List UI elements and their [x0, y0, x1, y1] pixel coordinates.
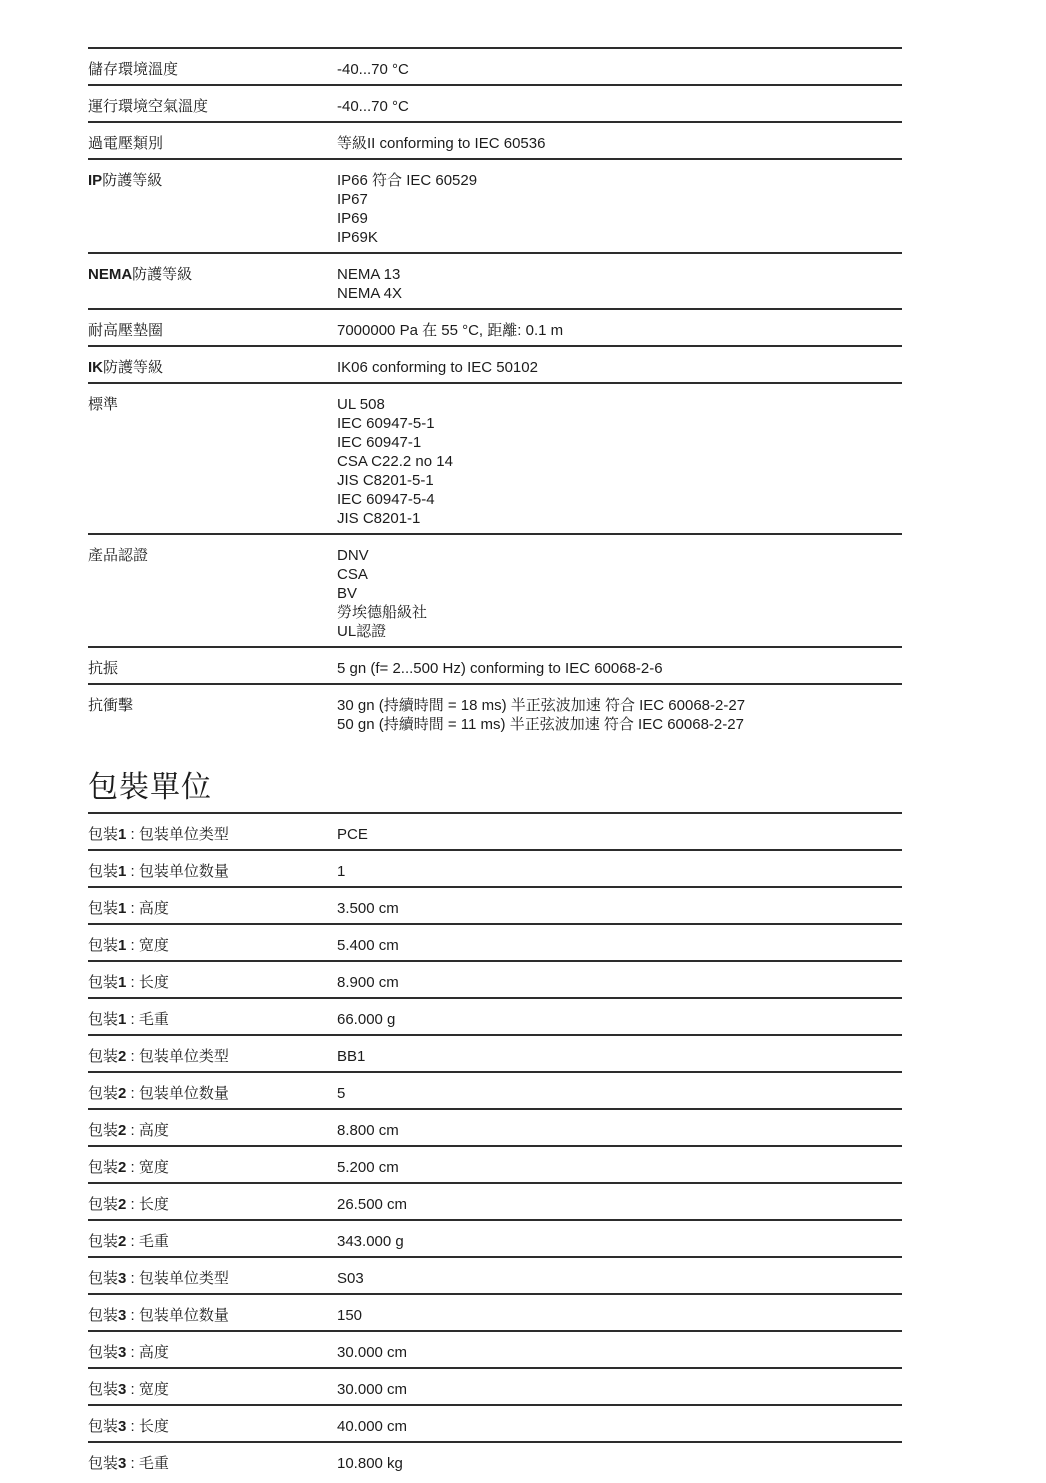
- spec-row-value: 30 gn (持續時間 = 18 ms) 半正弦波加速 符合 IEC 60068…: [337, 696, 902, 734]
- datasheet-page: 儲存環境溫度-40...70 °C運行環境空氣溫度-40...70 °C過電壓類…: [88, 0, 902, 1478]
- spec-value-line: IP67: [337, 190, 902, 209]
- spec-row: 包装1 : 毛重66.000 g: [88, 999, 902, 1036]
- spec-value-line: 5: [337, 1084, 902, 1103]
- spec-value-line: IP66 符合 IEC 60529: [337, 171, 902, 190]
- spec-row-label: 包装2 : 毛重: [88, 1232, 337, 1251]
- spec-row-label: 包装2 : 宽度: [88, 1158, 337, 1177]
- spec-value-line: UL認證: [337, 622, 902, 641]
- spec-row: 標準UL 508IEC 60947-5-1IEC 60947-1CSA C22.…: [88, 384, 902, 535]
- spec-row: 產品認證DNVCSABV勞埃德船級社UL認證: [88, 535, 902, 648]
- spec-row-value: 150: [337, 1306, 902, 1325]
- spec-row-label: 產品認證: [88, 546, 337, 565]
- spec-value-line: 等級II conforming to IEC 60536: [337, 134, 902, 153]
- spec-row-value: 5: [337, 1084, 902, 1103]
- spec-value-line: BB1: [337, 1047, 902, 1066]
- spec-value-line: 3.500 cm: [337, 899, 902, 918]
- spec-row: NEMA防護等級NEMA 13NEMA 4X: [88, 254, 902, 310]
- spec-value-line: NEMA 4X: [337, 284, 902, 303]
- spec-value-line: 8.800 cm: [337, 1121, 902, 1140]
- spec-row: 包装2 : 毛重343.000 g: [88, 1221, 902, 1258]
- spec-value-line: 7000000 Pa 在 55 °C, 距離: 0.1 m: [337, 321, 902, 340]
- spec-value-line: 8.900 cm: [337, 973, 902, 992]
- packaging-spec-table: 包装1 : 包装单位类型PCE包装1 : 包装单位数量1包装1 : 高度3.50…: [88, 812, 902, 1478]
- spec-row-value: 5 gn (f= 2...500 Hz) conforming to IEC 6…: [337, 659, 902, 678]
- spec-row-value: BB1: [337, 1047, 902, 1066]
- spec-value-line: 50 gn (持續時間 = 11 ms) 半正弦波加速 符合 IEC 60068…: [337, 715, 902, 734]
- spec-row-label: 包装2 : 长度: [88, 1195, 337, 1214]
- spec-value-line: IEC 60947-1: [337, 433, 902, 452]
- spec-row-value: 5.400 cm: [337, 936, 902, 955]
- spec-row: 包装2 : 高度8.800 cm: [88, 1110, 902, 1147]
- spec-row-value: 7000000 Pa 在 55 °C, 距離: 0.1 m: [337, 321, 902, 340]
- spec-row-label: IP防護等級: [88, 171, 337, 190]
- spec-row-value: S03: [337, 1269, 902, 1288]
- spec-row: 包装1 : 包装单位数量1: [88, 851, 902, 888]
- spec-row-label: 包装3 : 高度: [88, 1343, 337, 1362]
- spec-value-line: 5.400 cm: [337, 936, 902, 955]
- spec-row: IP防護等級IP66 符合 IEC 60529IP67IP69IP69K: [88, 160, 902, 254]
- spec-row: 包装3 : 长度40.000 cm: [88, 1406, 902, 1443]
- spec-row-label: 包装1 : 包装单位数量: [88, 862, 337, 881]
- spec-value-line: 30.000 cm: [337, 1343, 902, 1362]
- spec-row-label: 包装1 : 长度: [88, 973, 337, 992]
- spec-row-label: 包装2 : 高度: [88, 1121, 337, 1140]
- spec-row: 包装2 : 包装单位类型BB1: [88, 1036, 902, 1073]
- spec-value-line: CSA: [337, 565, 902, 584]
- spec-value-line: CSA C22.2 no 14: [337, 452, 902, 471]
- spec-row-label: 包装3 : 长度: [88, 1417, 337, 1436]
- spec-row-value: -40...70 °C: [337, 97, 902, 116]
- spec-value-line: 26.500 cm: [337, 1195, 902, 1214]
- spec-row-label: 抗振: [88, 659, 337, 678]
- spec-value-line: JIS C8201-5-1: [337, 471, 902, 490]
- spec-row: 抗衝擊30 gn (持續時間 = 18 ms) 半正弦波加速 符合 IEC 60…: [88, 685, 902, 739]
- packaging-section-heading: 包裝單位: [88, 769, 902, 807]
- spec-row-value: 10.800 kg: [337, 1454, 902, 1473]
- spec-value-line: 10.800 kg: [337, 1454, 902, 1473]
- spec-row-label: 包装3 : 宽度: [88, 1380, 337, 1399]
- spec-value-line: IEC 60947-5-4: [337, 490, 902, 509]
- spec-row: 包装2 : 包装单位数量5: [88, 1073, 902, 1110]
- spec-row-value: 343.000 g: [337, 1232, 902, 1251]
- spec-row-label: 包装3 : 包装单位数量: [88, 1306, 337, 1325]
- spec-value-line: 30 gn (持續時間 = 18 ms) 半正弦波加速 符合 IEC 60068…: [337, 696, 902, 715]
- spec-row-value: -40...70 °C: [337, 60, 902, 79]
- spec-row-label: 包装1 : 包装单位类型: [88, 825, 337, 844]
- spec-row-label: 抗衝擊: [88, 696, 337, 715]
- spec-row-label: 包装1 : 宽度: [88, 936, 337, 955]
- spec-value-line: 1: [337, 862, 902, 881]
- spec-value-line: 343.000 g: [337, 1232, 902, 1251]
- spec-value-line: 5.200 cm: [337, 1158, 902, 1177]
- spec-value-line: IP69K: [337, 228, 902, 247]
- spec-value-line: S03: [337, 1269, 902, 1288]
- spec-row-value: 1: [337, 862, 902, 881]
- spec-row-value: 8.800 cm: [337, 1121, 902, 1140]
- spec-row: 包装3 : 包装单位数量150: [88, 1295, 902, 1332]
- spec-row-label: NEMA防護等級: [88, 265, 337, 284]
- spec-row-value: 30.000 cm: [337, 1380, 902, 1399]
- spec-row: 包装1 : 宽度5.400 cm: [88, 925, 902, 962]
- spec-value-line: -40...70 °C: [337, 60, 902, 79]
- spec-row-label: 包装2 : 包装单位数量: [88, 1084, 337, 1103]
- spec-row-label: 儲存環境溫度: [88, 60, 337, 79]
- spec-row: 包装1 : 长度8.900 cm: [88, 962, 902, 999]
- spec-value-line: PCE: [337, 825, 902, 844]
- spec-row-label: 包装2 : 包装单位类型: [88, 1047, 337, 1066]
- spec-row-label: IK防護等級: [88, 358, 337, 377]
- spec-value-line: 66.000 g: [337, 1010, 902, 1029]
- spec-row: 包装3 : 包装单位类型S03: [88, 1258, 902, 1295]
- spec-row: 包装3 : 高度30.000 cm: [88, 1332, 902, 1369]
- spec-row: 包装1 : 高度3.500 cm: [88, 888, 902, 925]
- spec-value-line: 5 gn (f= 2...500 Hz) conforming to IEC 6…: [337, 659, 902, 678]
- spec-row: 包装3 : 毛重10.800 kg: [88, 1443, 902, 1478]
- spec-row-value: UL 508IEC 60947-5-1IEC 60947-1CSA C22.2 …: [337, 395, 902, 528]
- spec-row-label: 包装3 : 包装单位类型: [88, 1269, 337, 1288]
- spec-row-label: 耐高壓墊圈: [88, 321, 337, 340]
- spec-row-value: IP66 符合 IEC 60529IP67IP69IP69K: [337, 171, 902, 247]
- spec-row-value: 40.000 cm: [337, 1417, 902, 1436]
- spec-row: 儲存環境溫度-40...70 °C: [88, 49, 902, 86]
- spec-row-value: 26.500 cm: [337, 1195, 902, 1214]
- spec-row-label: 包装1 : 毛重: [88, 1010, 337, 1029]
- spec-row-label: 標準: [88, 395, 337, 414]
- spec-value-line: 40.000 cm: [337, 1417, 902, 1436]
- spec-row-value: PCE: [337, 825, 902, 844]
- spec-value-line: 150: [337, 1306, 902, 1325]
- spec-row: 包装1 : 包装单位类型PCE: [88, 814, 902, 851]
- spec-row-value: 30.000 cm: [337, 1343, 902, 1362]
- spec-row-value: IK06 conforming to IEC 50102: [337, 358, 902, 377]
- spec-value-line: IEC 60947-5-1: [337, 414, 902, 433]
- spec-row: 過電壓類別等級II conforming to IEC 60536: [88, 123, 902, 160]
- spec-value-line: DNV: [337, 546, 902, 565]
- spec-row: 包装2 : 宽度5.200 cm: [88, 1147, 902, 1184]
- spec-row-value: 等級II conforming to IEC 60536: [337, 134, 902, 153]
- spec-row-label: 過電壓類別: [88, 134, 337, 153]
- spec-row-value: 5.200 cm: [337, 1158, 902, 1177]
- spec-row-value: DNVCSABV勞埃德船級社UL認證: [337, 546, 902, 641]
- spec-row: 包装2 : 长度26.500 cm: [88, 1184, 902, 1221]
- spec-value-line: NEMA 13: [337, 265, 902, 284]
- spec-row: 抗振5 gn (f= 2...500 Hz) conforming to IEC…: [88, 648, 902, 685]
- spec-row: 包装3 : 宽度30.000 cm: [88, 1369, 902, 1406]
- spec-row: IK防護等級IK06 conforming to IEC 50102: [88, 347, 902, 384]
- spec-row-label: 包装3 : 毛重: [88, 1454, 337, 1473]
- environment-spec-table: 儲存環境溫度-40...70 °C運行環境空氣溫度-40...70 °C過電壓類…: [88, 47, 902, 739]
- spec-row-label: 包装1 : 高度: [88, 899, 337, 918]
- spec-value-line: JIS C8201-1: [337, 509, 902, 528]
- spec-value-line: IP69: [337, 209, 902, 228]
- spec-value-line: UL 508: [337, 395, 902, 414]
- spec-row-value: 8.900 cm: [337, 973, 902, 992]
- spec-row-value: 3.500 cm: [337, 899, 902, 918]
- spec-value-line: 30.000 cm: [337, 1380, 902, 1399]
- spec-row-value: NEMA 13NEMA 4X: [337, 265, 902, 303]
- spec-value-line: -40...70 °C: [337, 97, 902, 116]
- spec-row: 耐高壓墊圈7000000 Pa 在 55 °C, 距離: 0.1 m: [88, 310, 902, 347]
- spec-row-label: 運行環境空氣溫度: [88, 97, 337, 116]
- spec-row: 運行環境空氣溫度-40...70 °C: [88, 86, 902, 123]
- spec-value-line: IK06 conforming to IEC 50102: [337, 358, 902, 377]
- spec-value-line: BV: [337, 584, 902, 603]
- spec-value-line: 勞埃德船級社: [337, 603, 902, 622]
- spec-row-value: 66.000 g: [337, 1010, 902, 1029]
